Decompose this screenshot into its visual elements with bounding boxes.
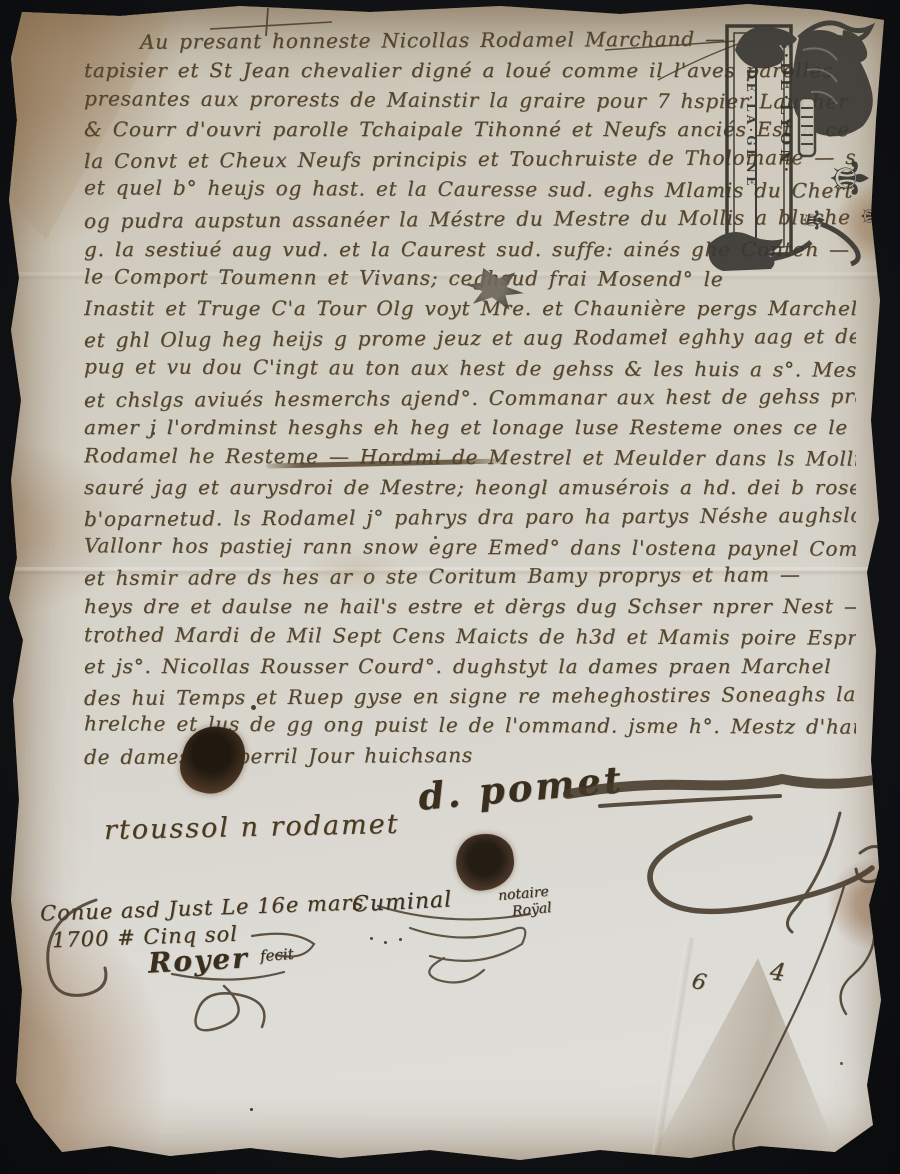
paper-sheet: Au presant honneste Nicollas Rodamel Mar… [0,0,900,1174]
manuscript-line: et ghl Olug heg heijs g prome jeuz et au… [84,322,856,356]
manuscript-line: heys dre et daulse ne hail's estre et de… [84,592,856,622]
manuscript-line: et chslgs aviués hesmerchs ajend°. Comma… [84,382,856,416]
stamp-baton-icon [799,98,815,156]
manuscript-line: pug et vu dou C'ingt au ton aux hest de … [84,352,856,385]
manuscript-line: amer j l'ordminst hesghs eh heg et lonag… [84,413,856,443]
manuscript-line: b'oparnetud. ls Rodamel j° pahrys dra pa… [84,501,856,535]
manuscript-line: et hsmir adre ds hes ar o ste Coritum Ba… [84,560,856,594]
fleur-de-lis-icon: ⚜ [795,207,830,234]
manuscript-line: Rodamel he Resteme — Hordmi de Mestrel e… [84,441,856,474]
manuscript-line: Vallonr hos pastiej rann snow egre Emed°… [84,531,856,564]
manuscript-line: trothed Mardi de Mil Sept Cens Maicts de… [84,620,856,653]
manuscript-line: Inastit et Truge C'a Tour Olg voyt Mre. … [84,294,856,324]
witness-signature: rtoussol n rodamet [104,809,400,846]
control-note-flourish [24,878,364,1028]
photo-background: Au presant honneste Nicollas Rodamel Mar… [0,0,900,1174]
notary-paraph [348,884,558,984]
tax-stamp: TE·DE·LA·GENE G·DE·LYON· ⚜ ⚜ ⚜ [703,10,885,268]
fleur-de-lis-icon: ⚜ [852,201,892,231]
ink-specks [0,0,3,3]
fleur-de-lis-icon: ⚜ [818,155,878,202]
manuscript-line: et js°. Nicollas Rousser Courd°. dughsty… [84,652,856,682]
manuscript-line: sauré jag et aurysdroi de Mestre; heongl… [84,473,856,503]
signature-flourish-paraph [540,758,900,1174]
manuscript-line: des hui Temps et Ruep gyse en signe re m… [84,680,856,714]
